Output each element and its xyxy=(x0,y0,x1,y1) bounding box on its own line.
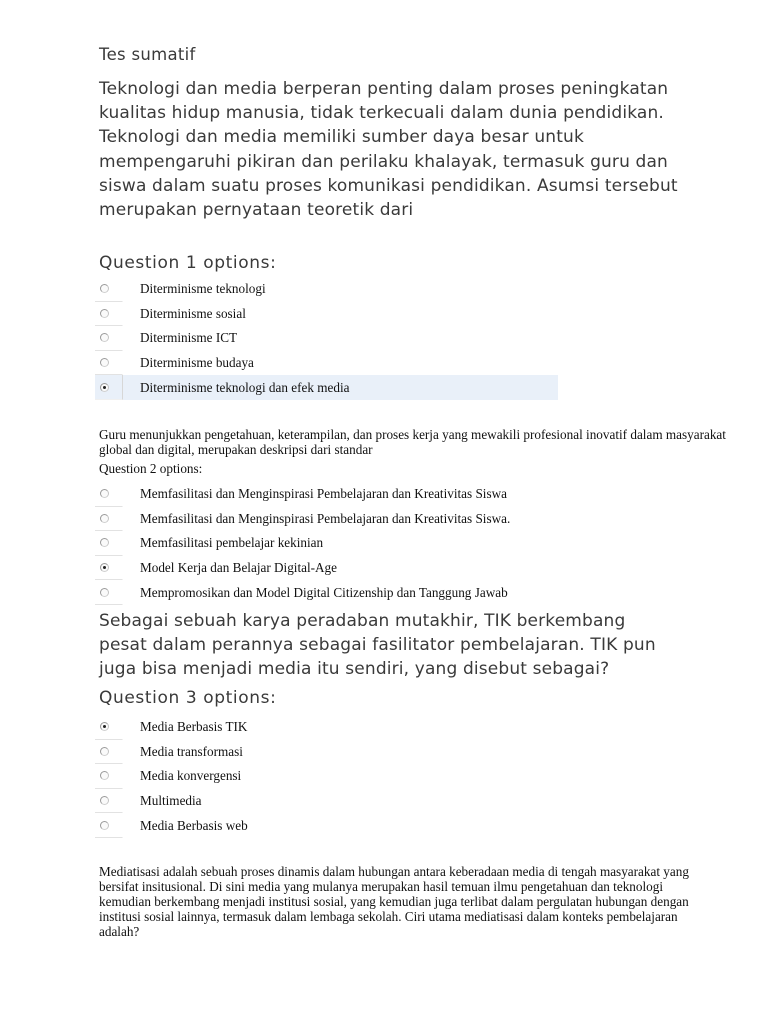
option-label: Diterminisme teknologi xyxy=(140,281,266,297)
option-label: Memfasilitasi dan Menginspirasi Pembelaj… xyxy=(140,486,507,502)
option-label: Diterminisme budaya xyxy=(140,355,254,371)
question-2-options: Memfasilitasi dan Menginspirasi Pembelaj… xyxy=(95,482,615,605)
question-1-options: Diterminisme teknologi Diterminisme sosi… xyxy=(95,277,558,400)
radio-button-icon[interactable] xyxy=(100,333,109,342)
option-label: Diterminisme sosial xyxy=(140,306,246,322)
radio-button-icon[interactable] xyxy=(100,358,109,367)
option-label: Diterminisme ICT xyxy=(140,330,237,346)
question-3-option[interactable]: Media Berbasis web xyxy=(95,813,558,838)
option-label: Media konvergensi xyxy=(140,768,241,784)
radio-button-icon[interactable] xyxy=(100,309,109,318)
question-1-option[interactable]: Diterminisme sosial xyxy=(95,302,558,327)
option-label: Media transformasi xyxy=(140,744,243,760)
option-label: Memfasilitasi pembelajar kekinian xyxy=(140,535,323,551)
option-label: Memfasilitasi dan Menginspirasi Pembelaj… xyxy=(140,511,510,527)
question-3-option[interactable]: Multimedia xyxy=(95,789,558,814)
question-1-option[interactable]: Diterminisme teknologi dan efek media xyxy=(95,375,558,400)
question-1-options-label: Question 1 options: xyxy=(99,253,276,273)
radio-button-icon[interactable] xyxy=(100,514,109,523)
question-2-option[interactable]: Memfasilitasi dan Menginspirasi Pembelaj… xyxy=(95,482,615,507)
question-3-option[interactable]: Media konvergensi xyxy=(95,764,558,789)
option-label: Media Berbasis TIK xyxy=(140,719,247,735)
question-3-option[interactable]: Media Berbasis TIK xyxy=(95,715,558,740)
radio-button-icon[interactable] xyxy=(100,563,109,572)
radio-button-icon[interactable] xyxy=(100,588,109,597)
radio-button-icon[interactable] xyxy=(100,771,109,780)
question-3-options-label: Question 3 options: xyxy=(99,688,276,708)
question-2-text: Guru menunjukkan pengetahuan, keterampil… xyxy=(99,427,739,457)
question-1-option[interactable]: Diterminisme ICT xyxy=(95,326,558,351)
option-label: Multimedia xyxy=(140,793,202,809)
question-4-text: Mediatisasi adalah sebuah proses dinamis… xyxy=(99,864,699,939)
radio-button-icon[interactable] xyxy=(100,821,109,830)
radio-button-icon[interactable] xyxy=(100,722,109,731)
question-3-options: Media Berbasis TIK Media transformasi Me… xyxy=(95,715,558,838)
option-label: Media Berbasis web xyxy=(140,818,248,834)
question-3-option[interactable]: Media transformasi xyxy=(95,740,558,765)
option-label: Model Kerja dan Belajar Digital-Age xyxy=(140,560,337,576)
question-1-option[interactable]: Diterminisme teknologi xyxy=(95,277,558,302)
radio-button-icon[interactable] xyxy=(100,796,109,805)
question-2-option[interactable]: Memfasilitasi pembelajar kekinian xyxy=(95,531,615,556)
radio-button-icon[interactable] xyxy=(100,284,109,293)
question-1-text: Teknologi dan media berperan penting dal… xyxy=(99,77,679,222)
radio-button-icon[interactable] xyxy=(100,383,109,392)
radio-button-icon[interactable] xyxy=(100,538,109,547)
question-2-option[interactable]: Memfasilitasi dan Menginspirasi Pembelaj… xyxy=(95,507,615,532)
question-2-options-label: Question 2 options: xyxy=(99,461,202,477)
option-label: Diterminisme teknologi dan efek media xyxy=(140,380,349,396)
question-2-option[interactable]: Model Kerja dan Belajar Digital-Age xyxy=(95,556,615,581)
question-1-option[interactable]: Diterminisme budaya xyxy=(95,351,558,376)
question-2-option[interactable]: Mempromosikan dan Model Digital Citizens… xyxy=(95,580,615,605)
radio-button-icon[interactable] xyxy=(100,747,109,756)
radio-button-icon[interactable] xyxy=(100,489,109,498)
option-label: Mempromosikan dan Model Digital Citizens… xyxy=(140,585,508,601)
question-3-text: Sebagai sebuah karya peradaban mutakhir,… xyxy=(99,609,669,682)
document-title: Tes sumatif xyxy=(99,45,196,64)
